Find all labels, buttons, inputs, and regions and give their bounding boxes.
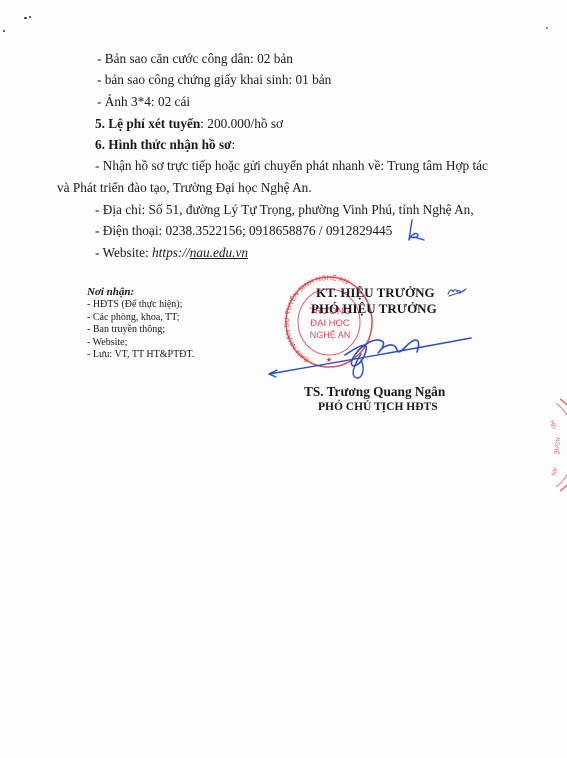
submission-line: - Nhận hồ sơ trực tiếp hoặc gửi chuyển p… bbox=[95, 158, 488, 174]
address-line: - Địa chỉ: Số 51, đường Lý Tự Trọng, phư… bbox=[95, 202, 474, 218]
phone-line: - Điện thoại: 0238.3522156; 0918658876 /… bbox=[95, 223, 392, 239]
recipient-item: - Lưu: VT, TT HT&PTĐT. bbox=[87, 349, 194, 361]
section-fee-label: 5. Lệ phí xét tuyển bbox=[95, 116, 200, 131]
recipient-item: - Website; bbox=[87, 337, 194, 349]
svg-text:AN: AN bbox=[549, 466, 557, 476]
section-submission-label: 6. Hình thức nhận hồ sơ bbox=[95, 137, 232, 152]
doc-item: - Ảnh 3*4: 02 cái bbox=[97, 94, 190, 110]
section-fee: 5. Lệ phí xét tuyển: 200.000/hồ sơ bbox=[95, 116, 283, 132]
section-submission-suffix: : bbox=[232, 137, 236, 152]
section-submission: 6. Hình thức nhận hồ sơ: bbox=[95, 137, 235, 153]
recipients-title: Nơi nhận: bbox=[87, 286, 194, 298]
signature-title-2: PHÓ HIỆU TRƯỞNG bbox=[311, 301, 437, 317]
scan-speck bbox=[29, 16, 31, 18]
scan-speck bbox=[24, 17, 27, 19]
recipients-block: Nơi nhận: - HĐTS (Để thực hiện); - Các p… bbox=[87, 286, 194, 361]
signature-title-1: KT. HIỆU TRƯỞNG bbox=[316, 285, 435, 301]
recipient-item: - HĐTS (Để thực hiện); bbox=[87, 299, 194, 311]
signature-icon bbox=[265, 320, 475, 385]
submission-line: và Phát triển đào tạo, Trường Đại học Ng… bbox=[57, 180, 312, 196]
website-prefix: - Website: bbox=[95, 245, 152, 260]
document-page: - Bản sao căn cước công dân: 02 bản - bả… bbox=[0, 0, 567, 758]
signer-position: PHÓ CHỦ TỊCH HĐTS bbox=[318, 401, 438, 413]
recipient-item: - Các phòng, khoa, TT; bbox=[87, 312, 194, 324]
doc-item: - Bản sao căn cước công dân: 02 bản bbox=[97, 51, 293, 67]
handwritten-initial-icon bbox=[405, 218, 427, 244]
svg-text:NGHỆ: NGHỆ bbox=[552, 437, 561, 455]
signer-name: TS. Trương Quang Ngân bbox=[304, 384, 445, 400]
svg-text:HĐ: HĐ bbox=[548, 420, 556, 431]
recipient-item: - Ban truyền thông; bbox=[87, 324, 194, 336]
scan-speck bbox=[546, 27, 548, 29]
scan-speck bbox=[3, 30, 5, 32]
website-link[interactable]: nau.edu.vn bbox=[190, 245, 248, 260]
small-initial-icon bbox=[446, 286, 468, 298]
website-scheme: https:// bbox=[152, 245, 190, 260]
website-line: - Website: https://nau.edu.vn bbox=[95, 245, 248, 261]
section-fee-value: : 200.000/hồ sơ bbox=[200, 116, 283, 131]
doc-item: - bản sao công chứng giấy khai sinh: 01 … bbox=[97, 72, 331, 88]
edge-stamp-icon: HĐ NGHỆ AN bbox=[520, 395, 567, 495]
